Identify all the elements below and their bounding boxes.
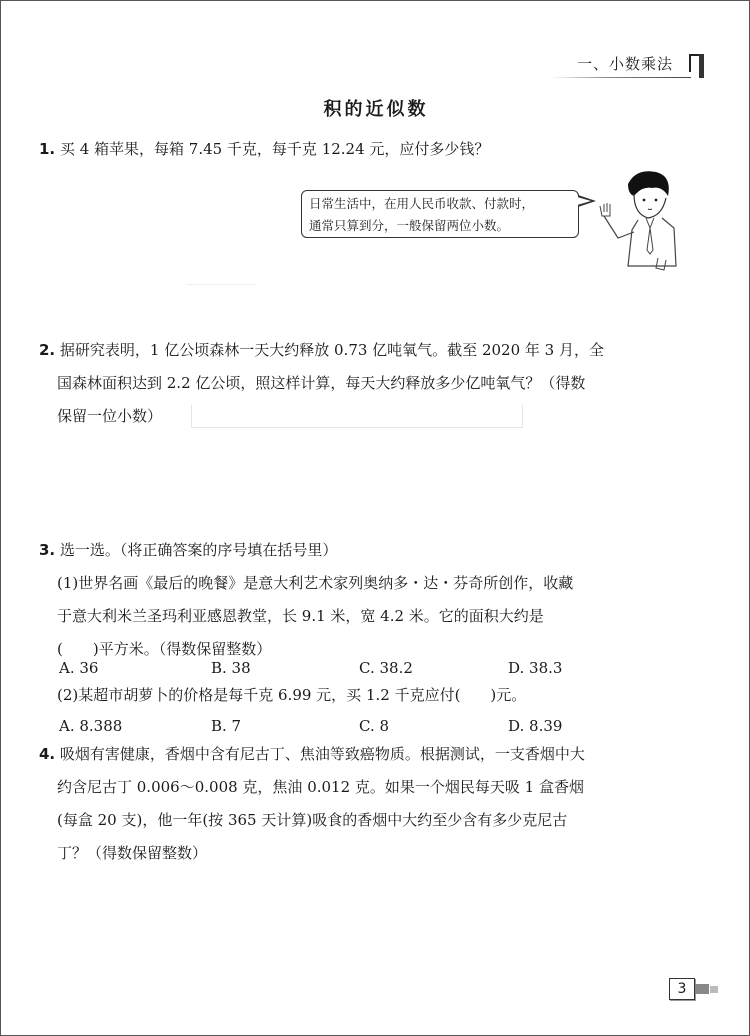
question-number: 4. — [39, 745, 55, 763]
sub-question-2-text: (2)某超市胡萝卜的价格是每千克 6.99 元，买 1.2 千克应付( )元。 — [57, 679, 526, 712]
option-d: D. 38.3 — [508, 659, 562, 677]
question-number: 3. — [39, 541, 55, 559]
question-heading: 选一选。（将正确答案的序号填在括号里） — [60, 541, 338, 559]
question-3: 3. 选一选。（将正确答案的序号填在括号里） (1)世界名画《最后的晚餐》是意大… — [39, 534, 573, 666]
question-text: 买 4 箱苹果，每箱 7.45 千克，每千克 12.24 元，应付多少钱？ — [60, 140, 490, 158]
sub-question-1-line-1: (1)世界名画《最后的晚餐》是意大利艺术家列奥纳多・达・芬奇所创作，收藏 — [39, 567, 573, 600]
question-number: 1. — [39, 140, 55, 158]
option-d: D. 8.39 — [508, 717, 562, 735]
question-text-line-1: 吸烟有害健康，香烟中含有尼古丁、焦油等致癌物质。根据测试，一支香烟中大 — [60, 745, 585, 763]
page-title: 积的近似数 — [1, 95, 750, 121]
question-text-line-4: 丁？（得数保留整数） — [39, 837, 585, 870]
option-a: A. 36 — [59, 659, 98, 677]
teacher-character-icon — [596, 166, 686, 276]
question-text-line-1: 据研究表明，1 亿公顷森林一天大约释放 0.73 亿吨氧气。截至 2020 年 … — [60, 341, 604, 359]
tip-line-2: 通常只算到分，一般保留两位小数。 — [309, 215, 578, 237]
question-1: 1. 买 4 箱苹果，每箱 7.45 千克，每千克 12.24 元，应付多少钱？ — [39, 133, 489, 166]
option-c: C. 38.2 — [359, 659, 413, 677]
page-tab-decoration-light — [710, 986, 718, 993]
faint-answer-box — [191, 405, 523, 428]
tip-line-1: 日常生活中，在用人民币收款、付款时， — [309, 193, 578, 215]
question-text-line-3: (每盒 20 支)，他一年(按 365 天计算)吸食的香烟中大约至少含有多少克尼… — [39, 804, 585, 837]
question-text-line-2: 国森林面积达到 2.2 亿公顷，照这样计算，每天大约释放多少亿吨氧气？（得数 — [39, 367, 604, 400]
sub-question-2: (2)某超市胡萝卜的价格是每千克 6.99 元，买 1.2 千克应付( )元。 — [57, 679, 526, 712]
tip-speech-bubble: 日常生活中，在用人民币收款、付款时， 通常只算到分，一般保留两位小数。 — [301, 190, 579, 238]
section-header: 一、小数乘法 — [551, 51, 699, 77]
header-divider — [551, 77, 691, 78]
option-b: B. 38 — [211, 659, 251, 677]
page-number: 3 — [669, 978, 695, 1000]
bubble-tail-fill — [577, 197, 591, 205]
section-title: 一、小数乘法 — [577, 53, 673, 74]
faint-mark — [187, 284, 257, 285]
option-b: B. 7 — [211, 717, 241, 735]
question-number: 2. — [39, 341, 55, 359]
bracket-shadow — [699, 54, 704, 78]
page-tab-decoration — [695, 984, 709, 994]
sub-question-1-line-2: 于意大利米兰圣玛利亚感恩教堂，长 9.1 米，宽 4.2 米。它的面积大约是 — [39, 600, 573, 633]
question-4: 4. 吸烟有害健康，香烟中含有尼古丁、焦油等致癌物质。根据测试，一支香烟中大 约… — [39, 738, 585, 870]
question-text-line-2: 约含尼古丁 0.006～0.008 克，焦油 0.012 克。如果一个烟民每天吸… — [39, 771, 585, 804]
workbook-page: 一、小数乘法 积的近似数 1. 买 4 箱苹果，每箱 7.45 千克，每千克 1… — [0, 0, 750, 1036]
option-a: A. 8.388 — [59, 717, 122, 735]
sub-question-1-line-3: ( )平方米。（得数保留整数） — [39, 633, 573, 666]
option-c: C. 8 — [359, 717, 389, 735]
